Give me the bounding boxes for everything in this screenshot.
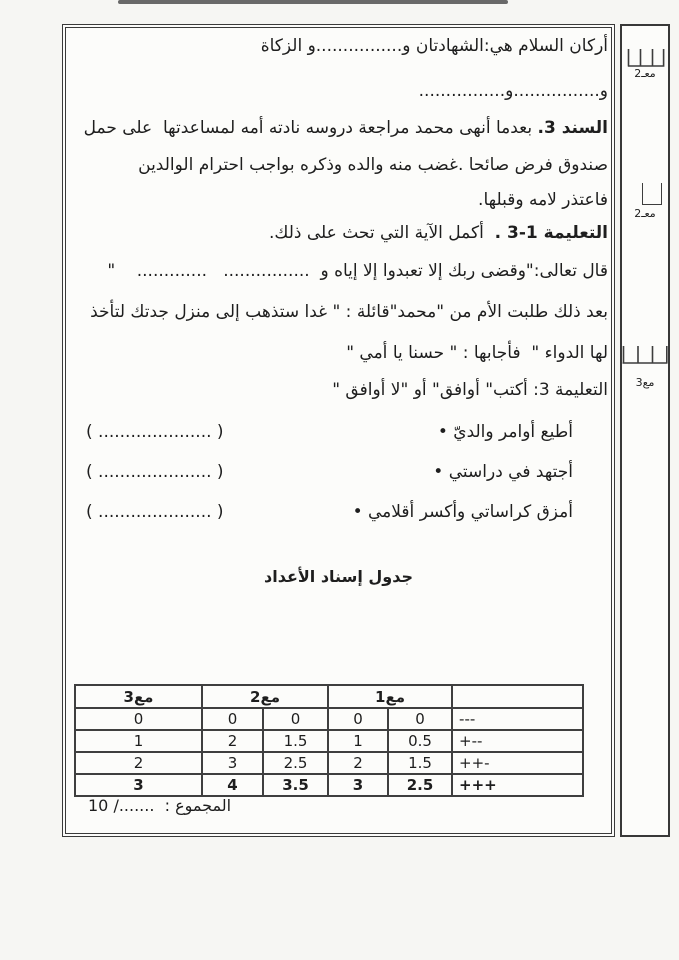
criteria-cell: ++- xyxy=(452,752,583,774)
table-row: +--0.511.521 xyxy=(75,730,583,752)
score-cell: 0 xyxy=(75,708,202,730)
instruction-3-line: التعليمة 3: أكتب" أوافق" أو "لا أوافق " xyxy=(70,377,608,403)
total-score-line: المجموع : ......./ 10 xyxy=(88,796,231,815)
score-cell: 4 xyxy=(202,774,263,796)
header-maa1: مع1 xyxy=(328,685,452,708)
sanad3-line1: السند 3. بعدما أنهى محمد مراجعة دروسه نا… xyxy=(70,115,608,141)
grade-box-icon xyxy=(642,183,662,205)
score-cell: 2.5 xyxy=(263,752,328,774)
bullet-label-2: أجتهد في دراستي xyxy=(449,462,573,482)
criteria-cell: +++ xyxy=(452,774,583,796)
scanned-exam-page: { "document": { "intro_line": "أركان الس… xyxy=(0,0,679,960)
exam-content-frame: أركان السلام هي:الشهادتان و.............… xyxy=(62,24,615,837)
agree-item-2: ( ..................... ) • أجتهد في درا… xyxy=(86,459,573,485)
bullet-text-3: • أمزق كراساتي وأكسر أقلامي xyxy=(353,499,573,525)
instruction-3-1-label: التعليمة 1-3 . xyxy=(495,223,608,243)
table-row: ++-1.522.532 xyxy=(75,752,583,774)
answer-blank-1: ( ..................... ) xyxy=(86,419,224,445)
score-cell: 2.5 xyxy=(388,774,452,796)
sanad3-label: السند 3. xyxy=(538,118,609,138)
answer-blank-3: ( ..................... ) xyxy=(86,499,224,525)
agree-item-1: ( ..................... ) • أطيع أوامر و… xyxy=(86,419,573,445)
quran-verse-line: قال تعالى:"وقضى ربك إلا تعبدوا إلا إياه … xyxy=(70,258,608,284)
bullet-label-1: أطيع أوامر والديّ xyxy=(453,422,573,442)
bullet-label-3: أمزق كراساتي وأكسر أقلامي xyxy=(368,502,573,522)
sanad3-line2: صندوق فرض صائحا .غضب منه والده وذكره بوا… xyxy=(70,152,608,178)
criteria-cell: +-- xyxy=(452,730,583,752)
score-assignment-table: مع1 مع2 مع3 ---00000+--0.511.521++-1.522… xyxy=(74,684,584,797)
score-cell: 3 xyxy=(75,774,202,796)
criteria-cell: --- xyxy=(452,708,583,730)
score-cell: 0.5 xyxy=(388,730,452,752)
score-cell: 2 xyxy=(75,752,202,774)
score-cell: 0 xyxy=(263,708,328,730)
grade-label-3: مع3 xyxy=(622,376,668,389)
grade-label-2: معـ2 xyxy=(622,207,668,220)
grade-comb-icon-2 xyxy=(622,343,668,368)
islam-pillars-line: أركان السلام هي:الشهادتان و.............… xyxy=(70,33,608,59)
score-cell: 0 xyxy=(202,708,263,730)
grade-label-1: معـ2 xyxy=(622,67,668,80)
instruction-3-1-line: التعليمة 1-3 . أكمل الآية التي تحث على ذ… xyxy=(70,220,608,246)
grading-margin-column: معـ2 معـ2 مع3 xyxy=(620,24,670,837)
bullet-icon: • xyxy=(438,422,448,442)
scan-artifact-top xyxy=(118,0,508,4)
score-cell: 0 xyxy=(388,708,452,730)
score-cell: 1 xyxy=(328,730,388,752)
score-cell: 3 xyxy=(202,752,263,774)
story-line2: لها الدواء " فأجابها : " حسنا يا أمي " xyxy=(70,340,608,366)
score-cell: 1 xyxy=(75,730,202,752)
score-cell: 1.5 xyxy=(263,730,328,752)
table-row: +++2.533.543 xyxy=(75,774,583,796)
header-maa2: مع2 xyxy=(202,685,328,708)
header-maa3: مع3 xyxy=(75,685,202,708)
bullet-text-2: • أجتهد في دراستي xyxy=(433,459,573,485)
score-cell: 1.5 xyxy=(388,752,452,774)
bullet-icon: • xyxy=(353,502,363,522)
answer-blank-2: ( ..................... ) xyxy=(86,459,224,485)
agree-item-3: ( ..................... ) • أمزق كراساتي… xyxy=(86,499,573,525)
bullet-text-1: • أطيع أوامر والديّ xyxy=(438,419,573,445)
table-header-row: مع1 مع2 مع3 xyxy=(75,685,583,708)
score-cell: 2 xyxy=(202,730,263,752)
sanad3-text1: بعدما أنهى محمد مراجعة دروسه نادته أمه ل… xyxy=(84,118,538,138)
header-criteria xyxy=(452,685,583,708)
score-cell: 3 xyxy=(328,774,388,796)
story-line1: بعد ذلك طلبت الأم من "محمد"قائلة : " غدا… xyxy=(70,299,608,325)
bullet-icon: • xyxy=(433,462,443,482)
islam-pillars-blank-line: و................و................ xyxy=(70,78,608,104)
score-table-title: جدول إسناد الأعداد xyxy=(66,567,611,586)
sanad3-line3: فاعتذر لامه وقبلها. xyxy=(70,187,608,213)
instruction-3-1-text: أكمل الآية التي تحث على ذلك. xyxy=(269,223,495,243)
score-cell: 3.5 xyxy=(263,774,328,796)
table-row: ---00000 xyxy=(75,708,583,730)
score-cell: 2 xyxy=(328,752,388,774)
score-table-body: ---00000+--0.511.521++-1.522.532+++2.533… xyxy=(75,708,583,796)
score-cell: 0 xyxy=(328,708,388,730)
